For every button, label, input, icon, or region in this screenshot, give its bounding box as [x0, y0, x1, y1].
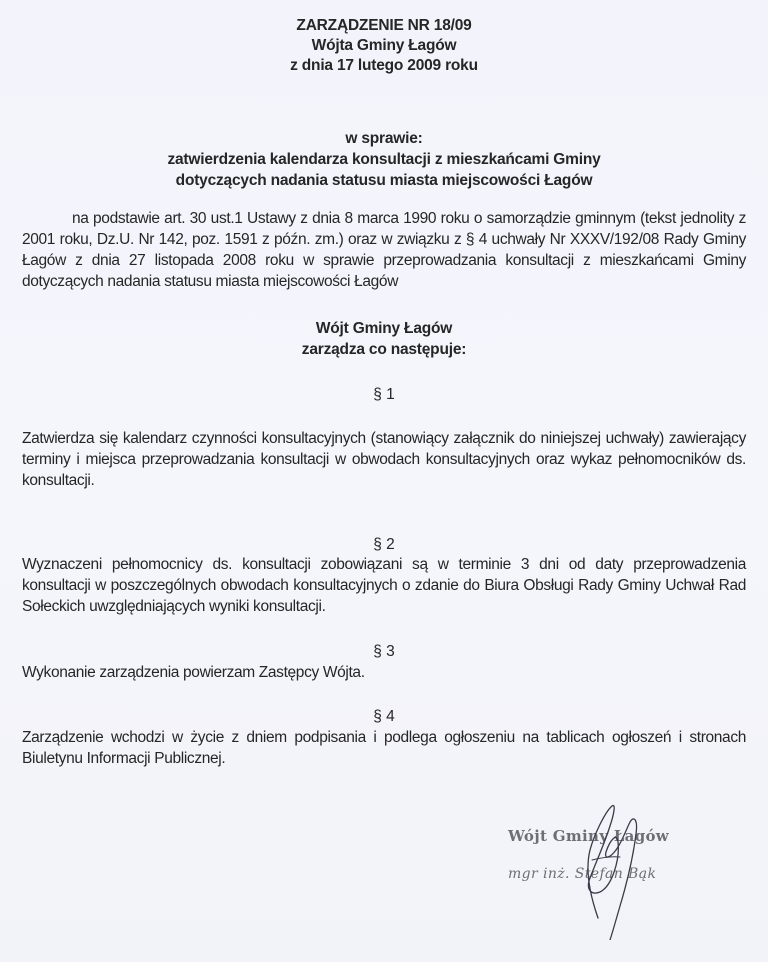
subject-line-1: zatwierdzenia kalendarza konsultacji z m…	[0, 149, 768, 170]
section-3-text: Wykonanie zarządzenia powierzam Zastępcy…	[22, 662, 746, 683]
legal-basis-preamble: na podstawie art. 30 ust.1 Ustawy z dnia…	[22, 208, 746, 292]
section-1-text: Zatwierdza się kalendarz czynności konsu…	[22, 428, 746, 491]
decree-authority: Wójt Gminy Łagów	[0, 318, 768, 339]
decree-formula: zarządza co następuje:	[0, 339, 768, 360]
handwritten-signature-icon	[560, 800, 670, 940]
section-3-mark: § 3	[0, 641, 768, 662]
subject-line-2: dotyczących nadania statusu miasta miejs…	[0, 170, 768, 191]
decree-statement: Wójt Gminy Łagów zarządza co następuje:	[0, 318, 768, 360]
document-subject: w sprawie: zatwierdzenia kalendarza kons…	[0, 128, 768, 191]
document-title: ZARZĄDZENIE NR 18/09	[0, 16, 768, 36]
scanned-document-page: ZARZĄDZENIE NR 18/09 Wójta Gminy Łagów z…	[0, 0, 768, 962]
document-issuer: Wójta Gminy Łagów	[0, 36, 768, 56]
subject-label: w sprawie:	[0, 128, 768, 149]
section-2-mark: § 2	[0, 534, 768, 555]
section-1-mark: § 1	[0, 384, 768, 405]
document-header: ZARZĄDZENIE NR 18/09 Wójta Gminy Łagów z…	[0, 16, 768, 76]
document-date: z dnia 17 lutego 2009 roku	[0, 56, 768, 76]
section-4-text: Zarządzenie wchodzi w życie z dniem podp…	[22, 727, 746, 769]
section-4-mark: § 4	[0, 706, 768, 727]
section-2-text: Wyznaczeni pełnomocnicy ds. konsultacji …	[22, 554, 746, 617]
